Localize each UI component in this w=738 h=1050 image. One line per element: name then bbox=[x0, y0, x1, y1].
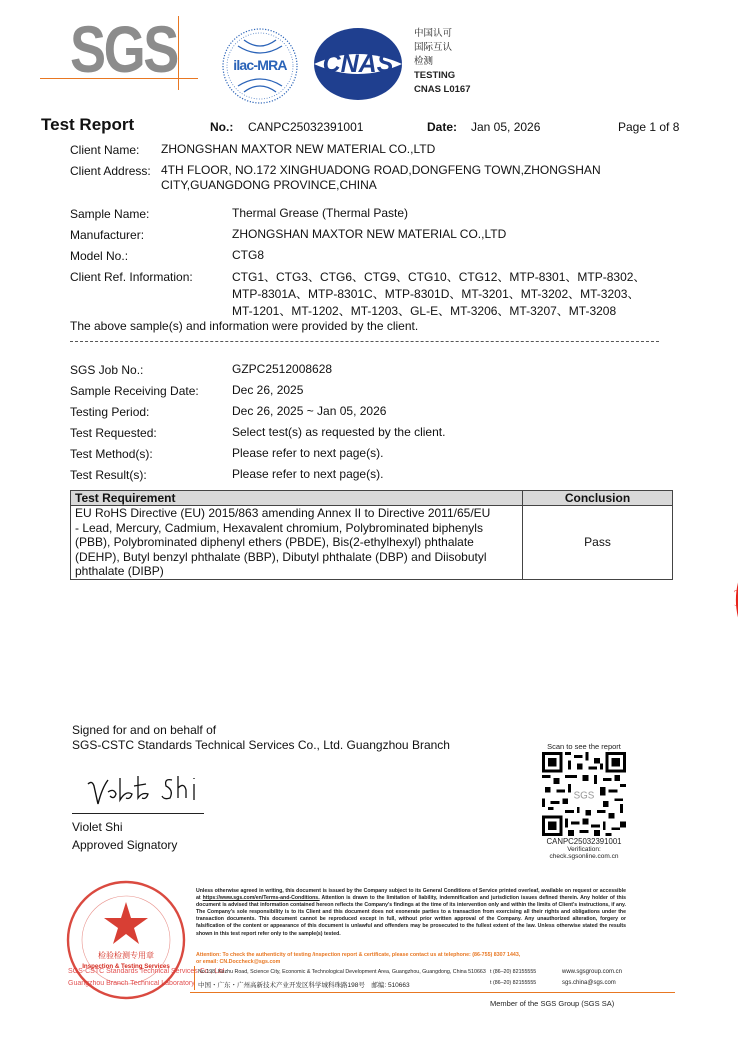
signatory-name: Violet Shi bbox=[72, 820, 122, 834]
qr-center-label: SGS bbox=[574, 790, 595, 801]
accreditation-info: 中国认可 国际互认 检测 TESTING CNAS L0167 bbox=[414, 27, 471, 97]
client-name-label: Client Name: bbox=[70, 143, 139, 157]
report-no-label: No.: bbox=[210, 120, 233, 134]
verification-site[interactable]: check.sgsonline.com.cn bbox=[541, 853, 627, 860]
test-methods-label: Test Method(s): bbox=[70, 447, 153, 461]
testing-period-value: Dec 26, 2025 ~ Jan 05, 2026 bbox=[232, 404, 386, 419]
job-no-value: GZPC2512008628 bbox=[232, 362, 332, 377]
attention-line1: Attention: To check the authenticity of … bbox=[196, 952, 646, 959]
sgs-logo-vline bbox=[178, 16, 179, 90]
test-results-label: Test Result(s): bbox=[70, 468, 147, 482]
client-ref-line: CTG1、CTG3、CTG6、CTG9、CTG10、CTG12、MTP-8301… bbox=[232, 269, 645, 286]
phone-2: t (86–20) 82155555 bbox=[490, 980, 536, 986]
testing-period-label: Testing Period: bbox=[70, 405, 149, 419]
test-requirement-table: Test Requirement Conclusion EU RoHS Dire… bbox=[70, 490, 673, 580]
address-chinese: 中国・广东・广州高新技术产业开发区科学城科珠路198号 邮编: 510663 bbox=[198, 980, 410, 989]
receiving-date-label: Sample Receiving Date: bbox=[70, 384, 199, 398]
cnas-text: CNAS bbox=[323, 50, 394, 78]
accreditation-cn-line2: 国际互认 bbox=[414, 41, 471, 55]
svg-text:⌐: ⌐ bbox=[734, 588, 738, 595]
client-address-line1: 4TH FLOOR, NO.172 XINGHUADONG ROAD,DONGF… bbox=[161, 163, 601, 178]
requirement-line: phthalate (DIBP) bbox=[75, 564, 518, 579]
accreditation-testing: TESTING bbox=[414, 69, 471, 83]
sgs-logo: SGS bbox=[40, 14, 200, 90]
manufacturer-value: ZHONGSHAN MAXTOR NEW MATERIAL CO.,LTD bbox=[232, 227, 506, 242]
conclusion-cell: Pass bbox=[523, 506, 673, 580]
client-ref-label: Client Ref. Information: bbox=[70, 270, 193, 284]
footer-divider bbox=[190, 992, 675, 993]
legal-disclaimer: Unless otherwise agreed in writing, this… bbox=[196, 888, 626, 938]
accreditation-cnas-no: CNAS L0167 bbox=[414, 83, 471, 97]
provided-note: The above sample(s) and information were… bbox=[70, 319, 418, 333]
page-title: Test Report bbox=[41, 115, 134, 135]
terms-link[interactable]: https://www.sgs.com/en/Terms-and-Conditi… bbox=[203, 895, 320, 901]
verification-label: Verification: bbox=[541, 846, 627, 853]
qr-caption: Scan to see the report bbox=[541, 742, 627, 751]
page-indicator: Page 1 of 8 bbox=[618, 120, 679, 134]
cnas-logo: CNAS bbox=[312, 26, 404, 102]
report-date-value: Jan 05, 2026 bbox=[471, 120, 540, 134]
sgs-logo-hline bbox=[40, 78, 198, 79]
test-requested-value: Select test(s) as requested by the clien… bbox=[232, 425, 445, 440]
authenticity-attention: Attention: To check the authenticity of … bbox=[196, 952, 646, 966]
requirement-cell: EU RoHS Directive (EU) 2015/863 amending… bbox=[71, 506, 523, 580]
model-no-label: Model No.: bbox=[70, 249, 128, 263]
test-results-value: Please refer to next page(s). bbox=[232, 467, 383, 482]
section-divider bbox=[70, 341, 659, 342]
report-date-label: Date: bbox=[427, 120, 457, 134]
test-methods-value: Please refer to next page(s). bbox=[232, 446, 383, 461]
attention-line2[interactable]: or email: CN.Doccheck@sgs.com bbox=[196, 959, 646, 966]
svg-text:∽: ∽ bbox=[734, 602, 738, 609]
address-divider bbox=[194, 966, 195, 990]
job-no-label: SGS Job No.: bbox=[70, 363, 143, 377]
verification-qr-block: Scan to see the report SGS CANPC25032391… bbox=[541, 742, 627, 860]
client-ref-line: MTP-8301A、MTP-8301C、MTP-8301D、MT-3201、MT… bbox=[232, 286, 645, 303]
qr-report-no: CANPC25032391001 bbox=[541, 837, 627, 846]
header-test-requirement: Test Requirement bbox=[71, 491, 523, 506]
contact-email[interactable]: sgs.china@sgs.com bbox=[562, 980, 616, 986]
signed-on-behalf-line1: Signed for and on behalf of bbox=[72, 723, 216, 737]
sgs-logo-text: SGS bbox=[70, 16, 177, 82]
test-requested-label: Test Requested: bbox=[70, 426, 157, 440]
qr-code[interactable]: SGS bbox=[542, 752, 626, 836]
signed-on-behalf-line2: SGS-CSTC Standards Technical Services Co… bbox=[72, 738, 450, 752]
sample-name-value: Thermal Grease (Thermal Paste) bbox=[232, 206, 408, 221]
star-icon bbox=[104, 902, 148, 944]
table-row: EU RoHS Directive (EU) 2015/863 amending… bbox=[71, 506, 673, 580]
report-no-value: CANPC25032391001 bbox=[248, 120, 363, 134]
requirement-line: (PBB), Polybrominated diphenyl ethers (P… bbox=[75, 535, 518, 550]
client-address-label: Client Address: bbox=[70, 164, 151, 178]
client-address-line2: CITY,GUANGDONG PROVINCE,CHINA bbox=[161, 178, 377, 193]
client-name-value: ZHONGSHAN MAXTOR NEW MATERIAL CO.,LTD bbox=[161, 142, 435, 157]
sample-name-label: Sample Name: bbox=[70, 207, 149, 221]
client-ref-values: CTG1、CTG3、CTG6、CTG9、CTG10、CTG12、MTP-8301… bbox=[232, 269, 645, 320]
requirement-line: - Lead, Mercury, Cadmium, Hexavalent chr… bbox=[75, 521, 518, 536]
address-english: No.198, Kezhu Road, Science City, Econom… bbox=[198, 969, 486, 975]
seal-cn-text: 检验检测专用章 bbox=[98, 950, 154, 960]
handwritten-signature bbox=[86, 770, 206, 810]
requirement-line: EU RoHS Directive (EU) 2015/863 amending… bbox=[75, 506, 518, 521]
signature-line bbox=[72, 813, 204, 814]
header-conclusion: Conclusion bbox=[523, 491, 673, 506]
receiving-date-value: Dec 26, 2025 bbox=[232, 383, 303, 398]
client-ref-line: MT-1201、MT-1202、MT-1203、GL-E、MT-3206、MT-… bbox=[232, 303, 645, 320]
model-no-value: CTG8 bbox=[232, 248, 264, 263]
website[interactable]: www.sgsgroup.com.cn bbox=[562, 969, 622, 975]
side-seal-fragment: ⌐ ∽ bbox=[722, 555, 738, 645]
accreditation-cn-line3: 检测 bbox=[414, 55, 471, 69]
manufacturer-label: Manufacturer: bbox=[70, 228, 144, 242]
requirement-line: (DEHP), Butyl benzyl phthalate (BBP), Di… bbox=[75, 550, 518, 565]
accreditation-cn-line1: 中国认可 bbox=[414, 27, 471, 41]
ilac-mra-logo: ilac-MRA bbox=[220, 26, 300, 106]
signatory-role: Approved Signatory bbox=[72, 838, 177, 852]
phone-1: t (86–20) 82155555 bbox=[490, 969, 536, 975]
seal-side-line2: Guangzhou Branch Technical Laboratory bbox=[68, 980, 195, 987]
legal-text-after: Attention is drawn to the limitation of … bbox=[196, 895, 626, 936]
ilac-text: ilac-MRA bbox=[233, 57, 287, 73]
table-header-row: Test Requirement Conclusion bbox=[71, 491, 673, 506]
sgs-group-member: Member of the SGS Group (SGS SA) bbox=[490, 999, 614, 1008]
